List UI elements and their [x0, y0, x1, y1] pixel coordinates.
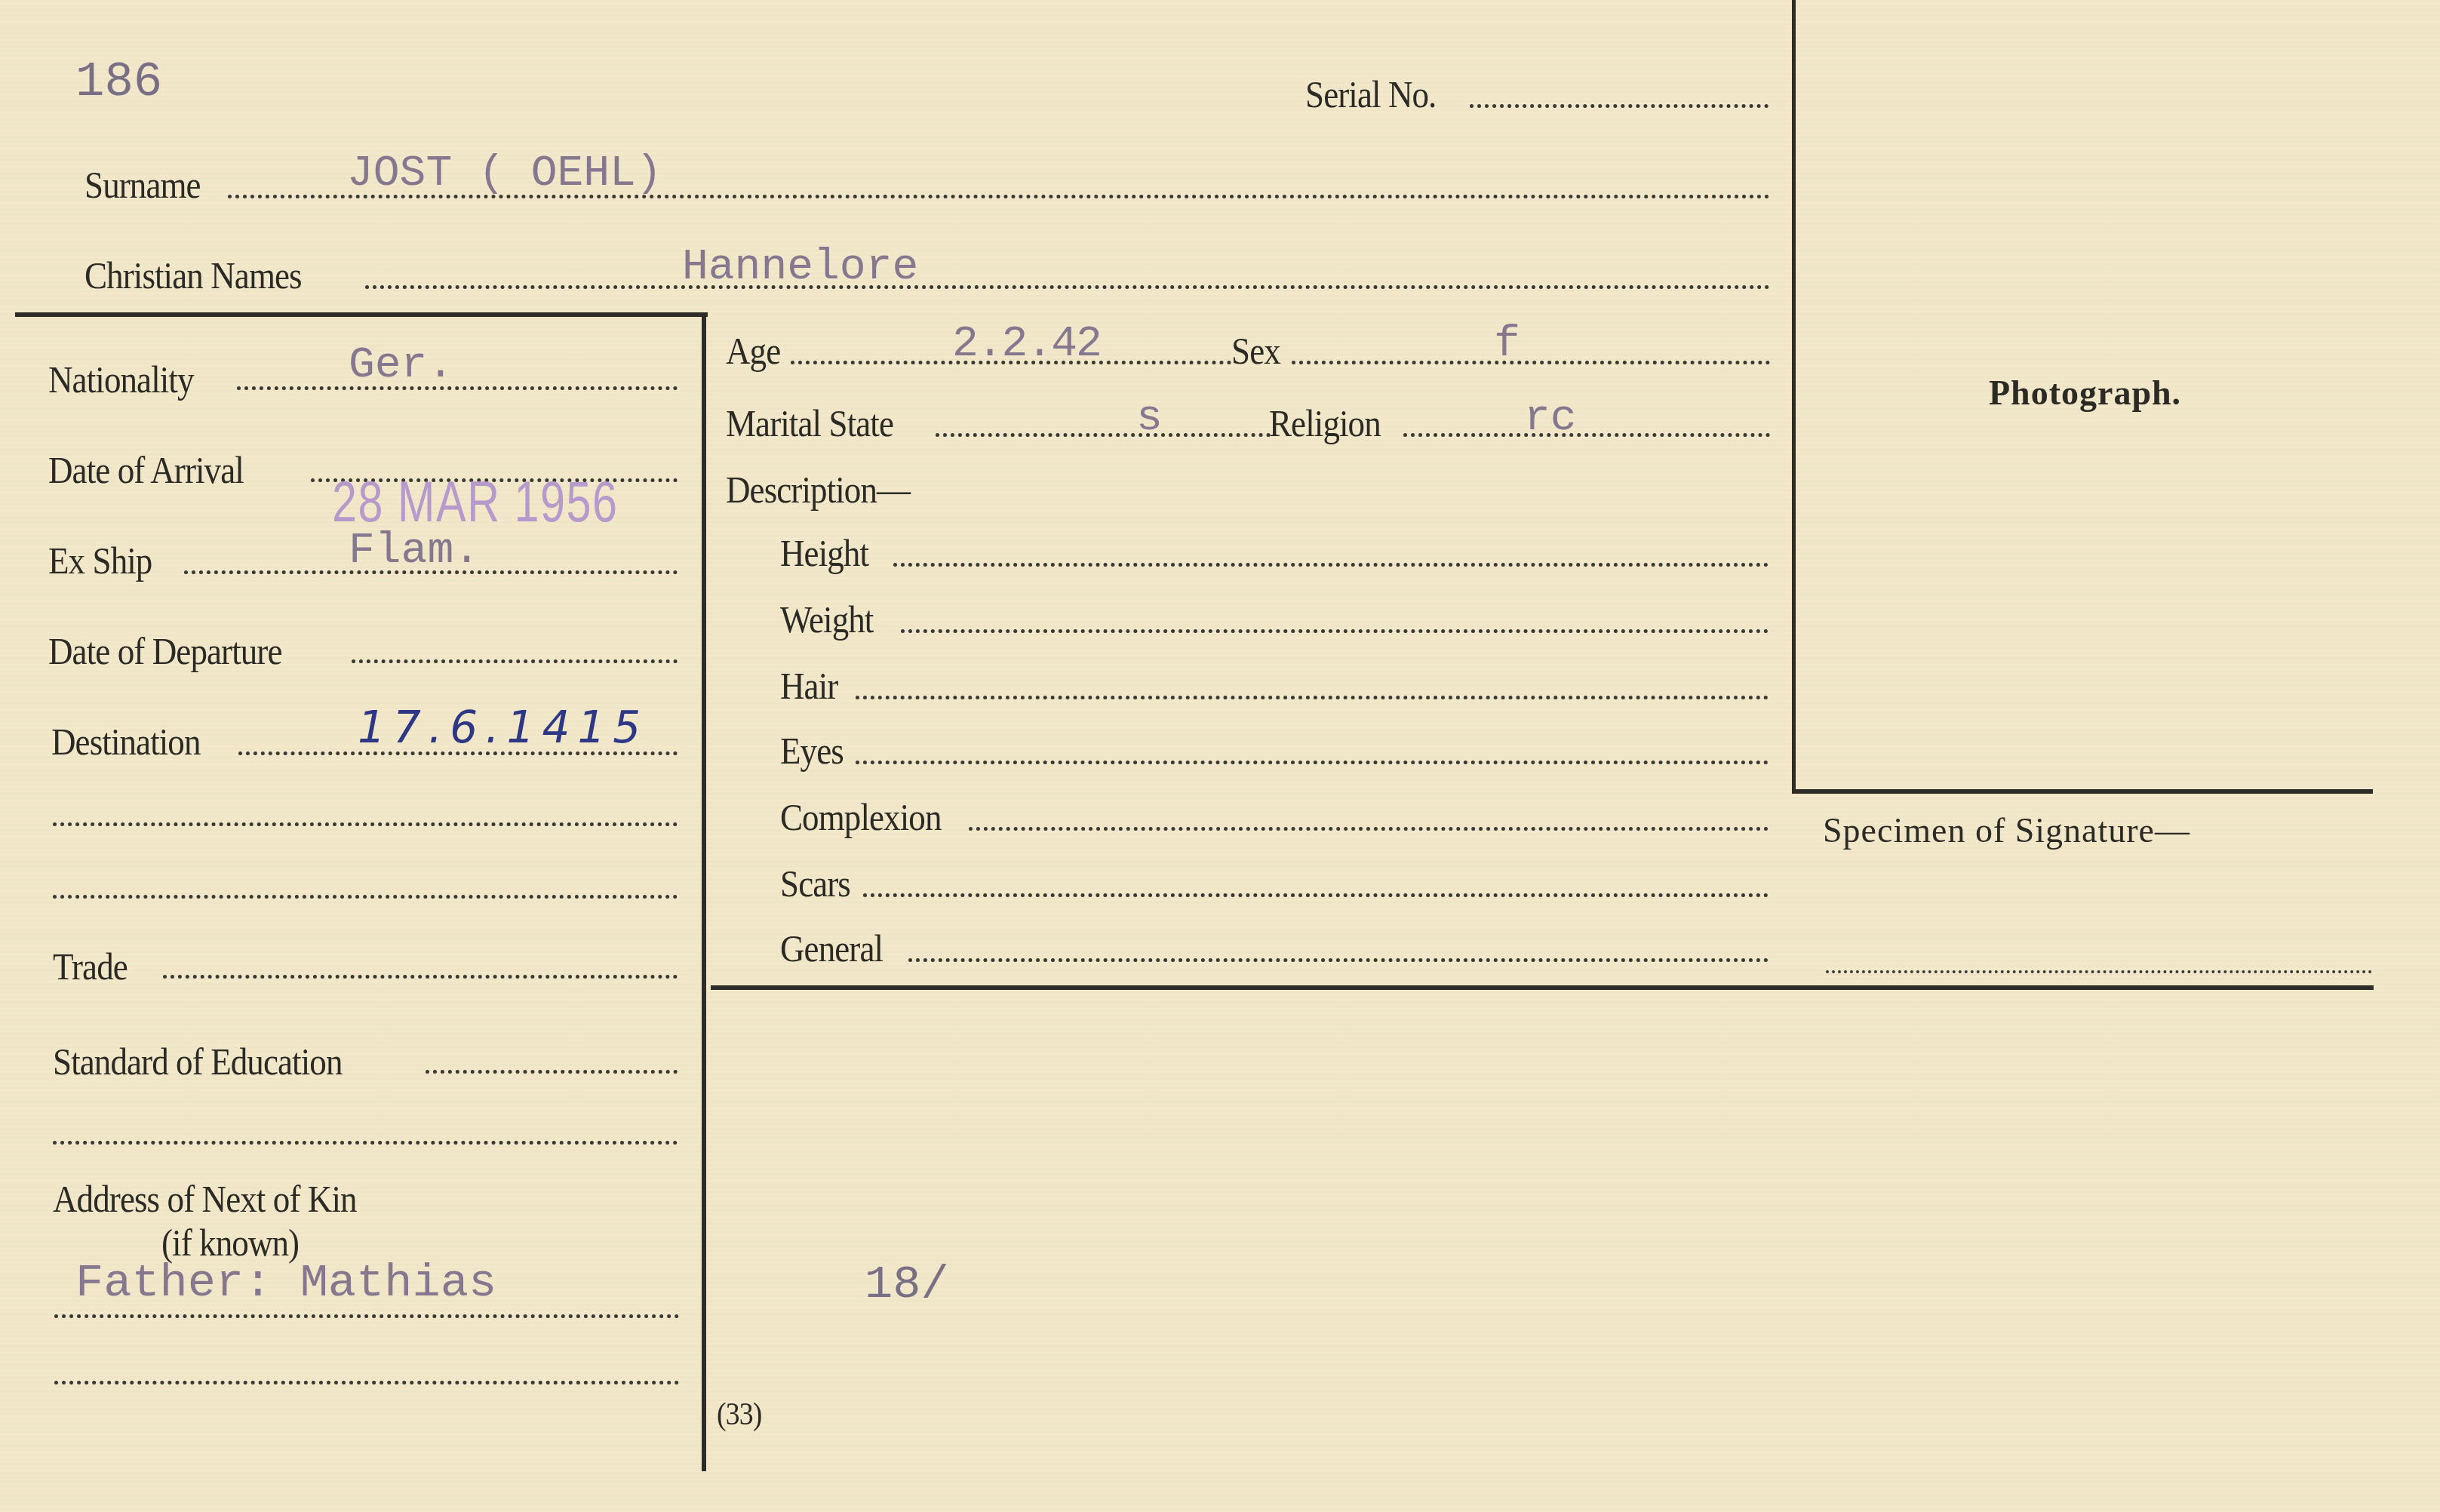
nationality-field[interactable]	[237, 386, 678, 390]
marital-state-value: s	[1136, 397, 1163, 441]
form-number: (33)	[717, 1399, 761, 1431]
left-panel-divider	[702, 312, 706, 1471]
description-height-field[interactable]	[893, 563, 1769, 567]
destination-extra-line-1[interactable]	[53, 822, 678, 826]
surname-value: JOST ( OEHL)	[347, 152, 662, 196]
sex-field[interactable]	[1292, 361, 1770, 364]
christian-names-label: Christian Names	[85, 257, 302, 294]
religion-field[interactable]	[1403, 433, 1770, 437]
description-hair-field[interactable]	[856, 696, 1769, 699]
serial-no-label: Serial No.	[1305, 75, 1436, 113]
card-number: 186	[75, 59, 162, 107]
date-of-arrival-label: Date of Arrival	[48, 451, 244, 489]
next-of-kin-field-1[interactable]	[54, 1314, 679, 1318]
description-bottom-rule	[711, 985, 2374, 990]
ex-ship-value: Flam.	[349, 530, 480, 573]
nationality-label: Nationality	[48, 361, 194, 398]
marital-state-label: Marital State	[726, 404, 893, 442]
registration-card: 186 Serial No. Surname JOST ( OEHL) Chri…	[0, 0, 2440, 1512]
left-panel-top-rule	[15, 312, 708, 317]
description-scars-field[interactable]	[863, 893, 1769, 897]
description-complexion-label: Complexion	[780, 798, 941, 836]
religion-value: rc	[1524, 397, 1577, 441]
religion-label: Religion	[1269, 404, 1381, 442]
education-extra-line[interactable]	[53, 1141, 678, 1145]
destination-label: Destination	[51, 723, 201, 761]
signature-field[interactable]	[1826, 970, 2372, 973]
education-field[interactable]	[426, 1070, 678, 1074]
education-label: Standard of Education	[53, 1043, 342, 1080]
signature-label: Specimen of Signature—	[1823, 810, 2190, 850]
description-eyes-field[interactable]	[856, 761, 1769, 764]
surname-label: Surname	[85, 166, 201, 204]
ex-ship-label: Ex Ship	[48, 542, 152, 579]
marital-state-field[interactable]	[936, 433, 1271, 437]
date-of-departure-field[interactable]	[352, 659, 678, 663]
description-hair-label: Hair	[780, 667, 837, 705]
description-general-label: General	[780, 930, 883, 967]
description-eyes-label: Eyes	[780, 732, 844, 770]
serial-no-field[interactable]	[1470, 104, 1769, 108]
description-label: Description—	[726, 471, 910, 509]
photo-box-bottom-rule	[1792, 789, 2373, 794]
description-general-field[interactable]	[908, 958, 1769, 962]
destination-handwritten: 17.6.1415	[358, 702, 648, 753]
next-of-kin-field-2[interactable]	[54, 1381, 679, 1384]
trade-label: Trade	[53, 948, 128, 985]
date-of-departure-label: Date of Departure	[48, 632, 282, 670]
next-of-kin-label: Address of Next of Kin	[53, 1180, 357, 1218]
next-of-kin-value: Father: Mathias	[75, 1260, 496, 1307]
photograph-area[interactable]	[1799, 0, 2373, 785]
description-weight-field[interactable]	[901, 629, 1769, 633]
christian-names-field[interactable]	[365, 285, 1770, 289]
trade-field[interactable]	[163, 975, 678, 979]
description-scars-label: Scars	[780, 865, 850, 902]
photo-box-left-rule	[1792, 0, 1796, 791]
description-height-label: Height	[780, 534, 868, 572]
description-complexion-field[interactable]	[969, 827, 1769, 831]
nationality-value: Ger.	[349, 344, 453, 388]
age-label: Age	[726, 332, 780, 370]
side-note: 18/	[865, 1262, 949, 1308]
sex-label: Sex	[1231, 332, 1280, 370]
christian-names-value: Hannelore	[682, 246, 918, 290]
description-weight-label: Weight	[780, 601, 873, 638]
date-of-arrival-stamp: 28 MAR 1956	[332, 474, 619, 531]
destination-extra-line-2[interactable]	[53, 895, 678, 899]
sex-value: f	[1494, 323, 1520, 367]
age-value: 2.2.42	[952, 323, 1101, 367]
